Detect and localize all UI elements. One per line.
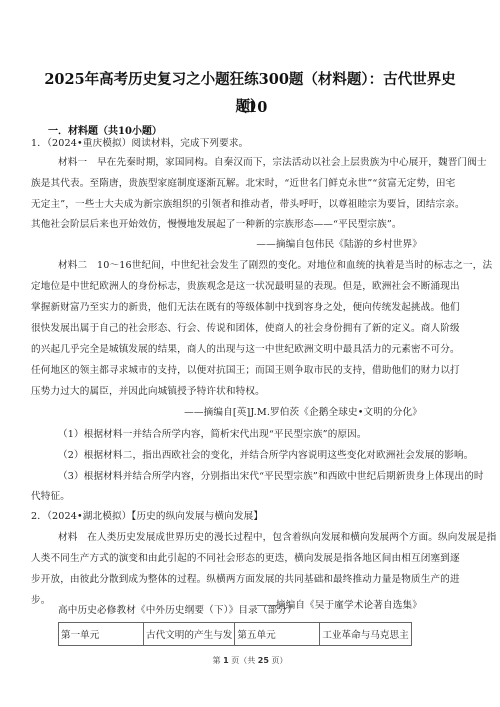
q1-material2-source: ——摘编自[英]J.M.罗伯茨《企鹅全球史•文明的分化》	[184, 406, 422, 419]
question-1-header: 1．（2024•重庆模拟）阅读材料，完成下列要求。	[31, 137, 248, 150]
footer-total-pages: 25	[258, 656, 269, 665]
q1-material1-line: 其他社会阶层后来也开始效仿，慢慢地发展起了一种新的宗族形态——“平民型宗族”。	[31, 218, 402, 231]
table-of-contents: 第一单元 古代文明的产生与发 第五单元 工业革命与马克思主	[58, 622, 412, 646]
q1-material1-source: ——摘编自包伟民《陆游的乡村世界》	[256, 238, 422, 251]
table-cell: 古代文明的产生与发	[144, 623, 235, 646]
q1-sub-question-3: （3）根据材料并结合所学内容，分别指出宋代“平民型宗族”和西欧中世纪后期新贵身上…	[58, 470, 484, 483]
document-page: 2025年高考历史复习之小题狂练300题（材料题）：古代世界史（10 题） 一．…	[0, 0, 500, 707]
q1-material2-line: 材料二 10～16世纪间，中世纪社会发生了剧烈的变化。对地位和血统的执着是当时的…	[58, 259, 492, 272]
footer-prefix: 第	[213, 656, 224, 665]
q1-material2-line: 压势力过大的属臣，并因此向城镇授予特许状和特权。	[31, 385, 265, 398]
table-row: 第一单元 古代文明的产生与发 第五单元 工业革命与马克思主	[59, 623, 412, 646]
footer-suffix: 页）	[269, 656, 288, 665]
q1-material2-line: 的兴起几乎完全是城镇发展的结果，商人的出现与这一中世纪欧洲文明中最具活力的元素密…	[31, 343, 460, 356]
q1-sub-question-1: （1）根据材料一并结合所学内容，简析宋代出现“平民型宗族”的原因。	[58, 428, 367, 441]
q2-material-line: 材料 在人类历史发展成世界历史的漫长过程中，包含着纵向发展和横向发展两个方面。纵…	[58, 531, 496, 544]
q1-sub-question-2: （2）根据材料二，指出西欧社会的变化，并结合所学内容说明这些变化对欧洲社会发展的…	[58, 449, 474, 462]
q1-material2-line: 掌握新财富乃至实力的新贵，他们无法在既有的等级体制中找到容身之处，便向传统发起挑…	[31, 301, 460, 314]
q1-material2-line: 任何地区的领主都寻求城市的支持，以便对抗国王；而国王则争取市民的支持，借助他们的…	[31, 364, 460, 377]
q2-material-line: 人类不同生产方式的演变和由此引起的不同社会形态的更迭，横向发展是指各地区间由相互…	[31, 552, 460, 565]
page-footer: 第 1 页（共 25 页）	[0, 655, 500, 666]
q1-material2-line: 定地位是中世纪欧洲人的身份标志，贵族观念是这一状况最明显的表现。但是，欧洲社会不…	[31, 280, 460, 293]
q1-sub-question-3-cont: 代特征。	[31, 490, 70, 503]
section-heading: 一．材料题（共10小题）	[48, 122, 162, 137]
footer-middle: 页（共	[229, 656, 258, 665]
table-cell: 第一单元	[59, 623, 144, 646]
table-cell: 第五单元	[235, 623, 320, 646]
question-2-header: 2．（2024•湖北模拟）【历史的纵向发展与横向发展】	[31, 510, 263, 523]
q1-material1-line: 材料一 早在先秦时期，家国同构。自秦汉而下，宗法活动以社会上层贵族为中心展开，魏…	[58, 156, 487, 169]
q2-material-line: 步开放，由彼此分散到成为整体的过程。纵横两方面发展的共同基础和最终推动力量是物质…	[31, 573, 460, 586]
document-title-line2: 题）	[40, 93, 460, 121]
q2-material-cont: 步。	[31, 594, 51, 607]
table-cell: 工业革命与马克思主	[320, 623, 411, 646]
q2-table-caption: 高中历史必修教材《中外历史纲要（下）》目录（部分）	[58, 604, 297, 617]
q1-material2-line: 很快发展出属于自己的社会形态、行会、传说和团体，使商人的社会身份拥有了新的定义。…	[31, 322, 460, 335]
q1-material1-line: 族是其代表。至隋唐，贵族型家庭制度逐渐瓦解。北宋时，“近世名门鲜克永世”“贫富无…	[31, 177, 455, 190]
q1-material1-line: 无定主”，一些士大夫成为新宗族组织的引领者和推动者，带头呼吁，以尊祖睦宗为要旨，…	[31, 198, 465, 211]
